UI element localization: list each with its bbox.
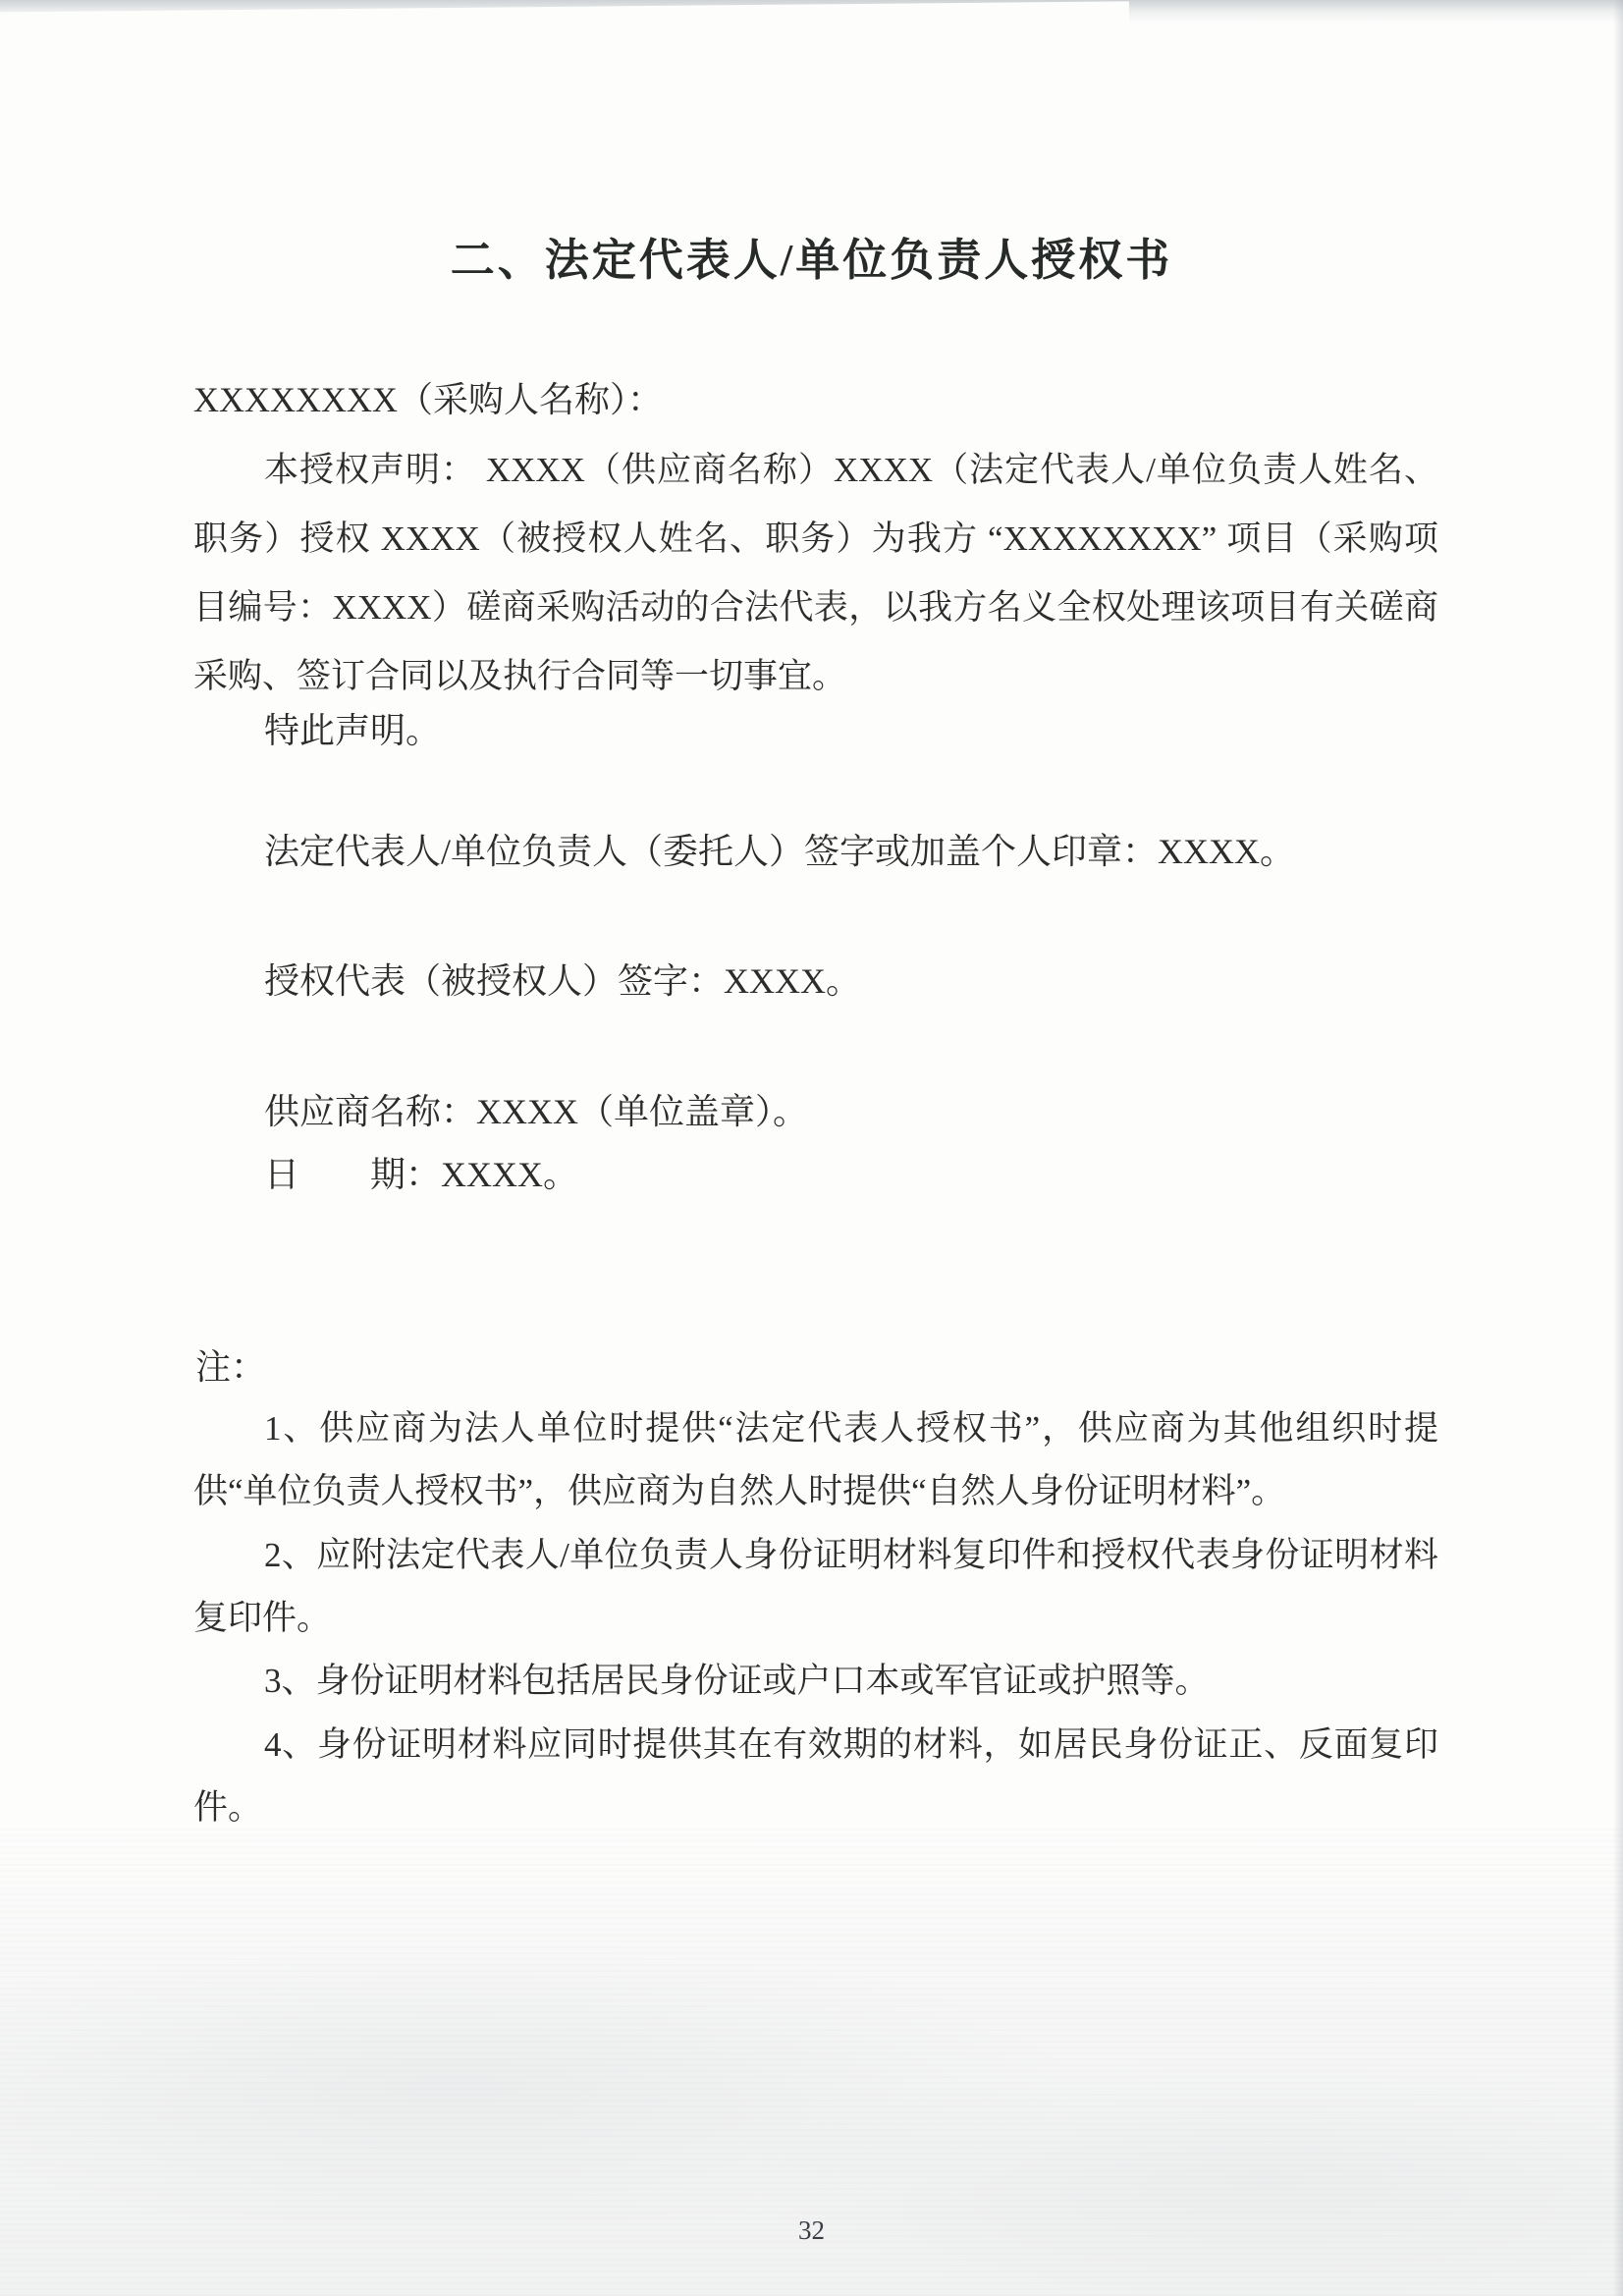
page-title: 二、法定代表人/单位负责人授权书: [0, 224, 1623, 288]
authorization-paragraph: 本授权声明： XXXX（供应商名称）XXXX（法定代表人/单位负责人姓名、职务）…: [193, 436, 1438, 711]
note-item-4: 4、身份证明材料应同时提供其在有效期的材料，如居民身份证正、反面复印件。: [193, 1714, 1438, 1839]
note-item-1: 1、供应商为法人单位时提供“法定代表人授权书”，供应商为其他组织时提供“单位负责…: [193, 1397, 1438, 1523]
notes-label: 注：: [195, 1345, 266, 1389]
page-number: 32: [0, 2215, 1623, 2246]
signature-line-authorized-representative: 授权代表（被授权人）签字：XXXX。: [264, 959, 861, 1003]
signature-line-date: 日 期：XXXX。: [264, 1153, 578, 1196]
note-item-3: 3、身份证明材料包括居民身份证或户口本或军官证或护照等。: [193, 1650, 1438, 1713]
declaration-line: 特此声明。: [264, 709, 441, 752]
note-item-2: 2、应附法定代表人/单位负责人身份证明材料复印件和授权代表身份证明材料复印件。: [193, 1524, 1438, 1650]
signature-line-supplier-name: 供应商名称：XXXX（单位盖章）。: [264, 1090, 808, 1133]
document-page: 二、法定代表人/单位负责人授权书 XXXXXXXX（采购人名称）： 本授权声明：…: [0, 0, 1623, 2296]
addressee-line: XXXXXXXX（采购人名称）：: [193, 378, 663, 421]
signature-line-principal: 法定代表人/单位负责人（委托人）签字或加盖个人印章：XXXX。: [264, 830, 1295, 873]
